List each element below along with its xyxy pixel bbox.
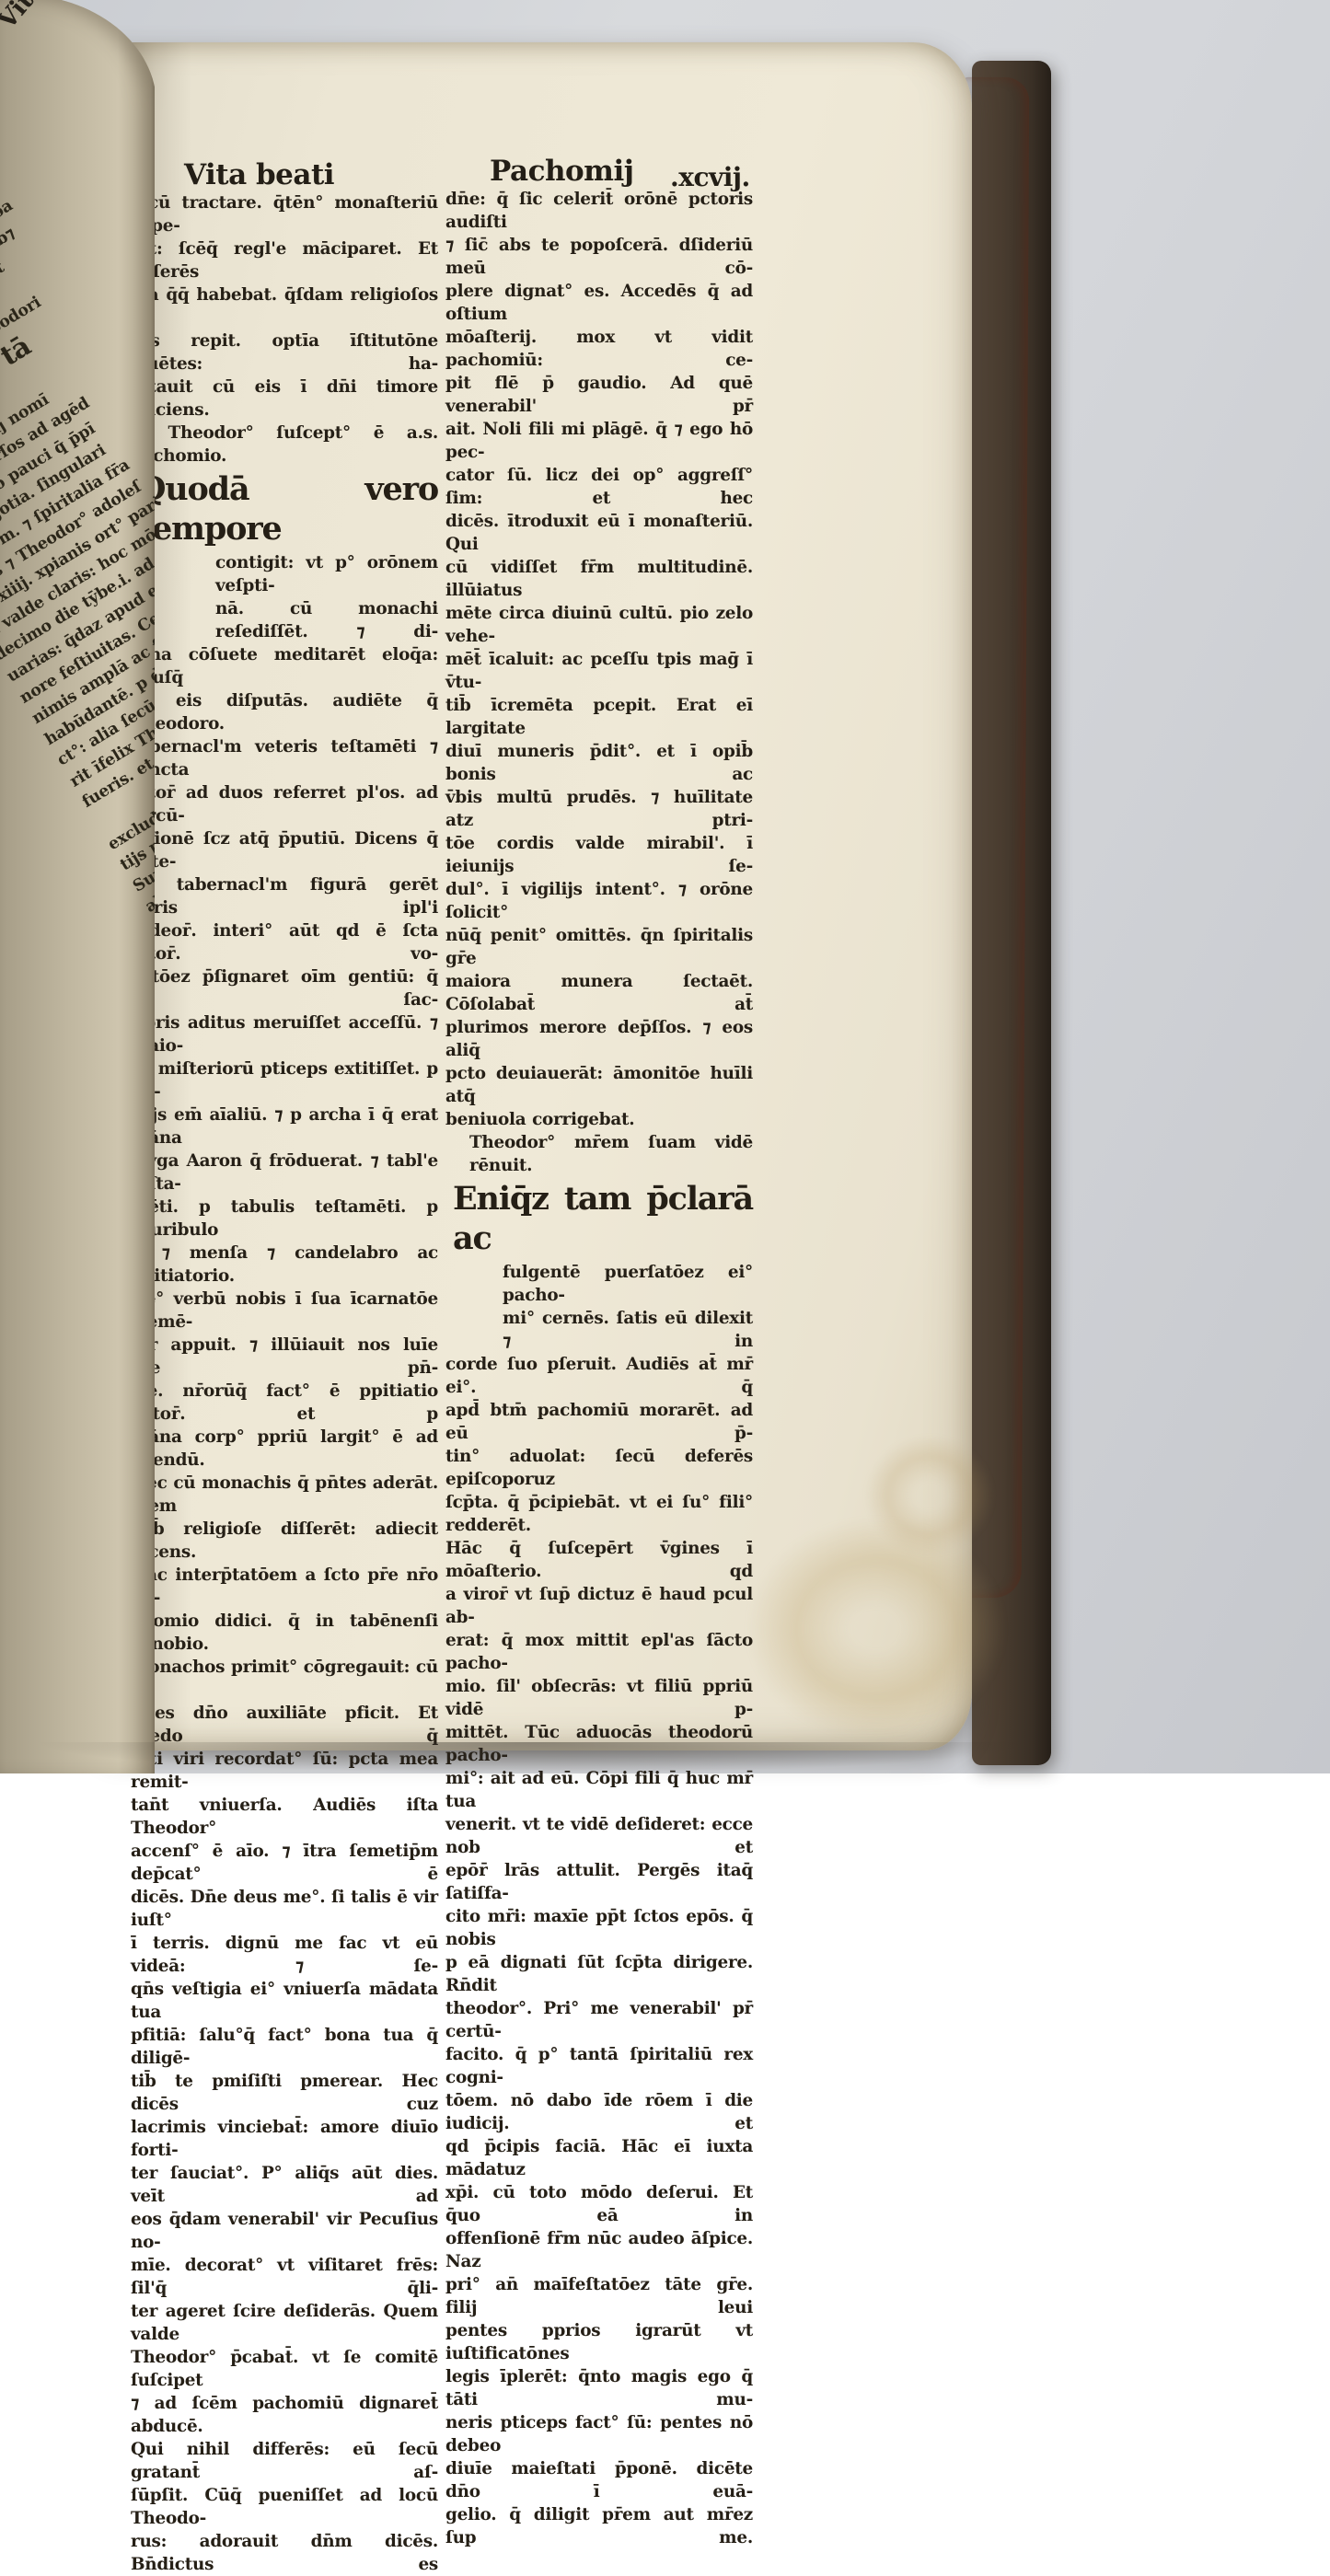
page-stain-large (747, 1519, 1005, 1739)
text-line: tēt: ſcēq̄ regl'e māciparet. Et deſerēs (131, 237, 438, 283)
text-line: oīa q̄q̄ habebat. q̄ſdam religioſos vi- (131, 283, 438, 329)
text-line: rū miſteriorū pticeps extitiſſet. p ho- (131, 1057, 438, 1103)
text-line: monachos primit° cōgregauit: cū q̄b̄ (131, 1656, 438, 1702)
text-line: fulgentē puerſatōez ei° pacho- (445, 1261, 753, 1307)
text-line: ait. Noli fili mi plāgē. q̄ ⁊ ego hō pec… (445, 418, 753, 464)
running-head-left: Vita beati (184, 158, 334, 191)
text-line: pcto deuiauerāt: āmonitōe huīli atq̄ (445, 1062, 753, 1108)
text-line: māna corp° ppriū largit° ē ad edendū. (131, 1426, 438, 1472)
text-line: dul°. ī vigilijs intent°. ⁊ orōne ſolici… (445, 878, 753, 924)
running-head-right: Pachomij (490, 155, 633, 188)
text-line: q̄ ⁊ menſa ⁊ candelabro ac ppitiatorio. (131, 1242, 438, 1288)
text-line: tabernacl'm veteris teſtamēti ⁊ ſancta (131, 735, 438, 781)
text-line: maiora munera ſectaēt. Cōſolabat̄ at̄ (445, 970, 753, 1016)
text-line: iudeor̄. interi° aūt qd ē ſcta ſctor̄. v… (131, 919, 438, 965)
text-line: mēte circa diuinū cultū. pio zelo vehe- (445, 602, 753, 648)
photo-background: Vita beati Pachomij .xcvij. ſecū tractar… (0, 0, 1330, 1773)
text-line: nūq̄ penit° omittēs. q̄n ſpiritalis gr̄e (445, 924, 753, 970)
text-line: Quodā vero tempore (131, 468, 438, 551)
text-line: dicēs. ītroduxit eū ī monaſteriū. Qui (445, 510, 753, 556)
text-line: tioris aditus meruiſſet acceſſū. ⁊ maio- (131, 1011, 438, 1057)
text-line: ſtijs em̄ aīaliū. ⁊ p archa ī q̄ erat mā… (131, 1103, 438, 1149)
text-line: pit flē p̄ gaudio. Ad quē venerabil' pr̄ (445, 372, 753, 418)
text-line: cū vidiſſet fr̄m multitudinē. illūiatus (445, 556, 753, 602)
text-line: nā. cū monachi reſediſſēt. ⁊ di- (131, 597, 438, 643)
text-line: ter appuit. ⁊ illūiauit nos luīe ſue pn̄… (131, 1334, 438, 1380)
text-line: contigit: vt p° orōnem veſpti- (131, 551, 438, 597)
text-line: dn̄e: q̄ ſic celerit̄ orōnē pctoris audi… (445, 188, 753, 234)
text-line: mi° cernēs. ſatis eū dilexit ⁊ in (445, 1307, 753, 1353)
text-line: plurimos merore dep̄ſſos. ⁊ eos aliq̄ (445, 1016, 753, 1062)
text-line: plere dignat° es. Accedēs q̄ ad oſtium (445, 280, 753, 326)
text-line: Q̄ Theodor° ſuſcept° ē a.s. pachomio. (131, 422, 438, 468)
text-line: frib̄ religioſe diſſerēt: adiecit dicens… (131, 1518, 438, 1564)
text-line: tin° aduolat: ſecū deferēs epiſcoporuz (445, 1445, 753, 1491)
text-line: v̄bis multū prudēs. ⁊ huīlitate atz ptri… (445, 786, 753, 832)
text-line: bitauit cū eis ī dn̄i timore pficiens. (131, 375, 438, 422)
text-line: apd̄ btm̄ pachomiū morarēt. ad eū p̄- (445, 1399, 753, 1445)
text-line: ſecū tractare. q̄tēn° monaſteriū expe- (131, 191, 438, 237)
text-line: ſctor̄ ad duos referret pl'os. ad circū- (131, 781, 438, 827)
previous-page-curl: Vitaspatrum cantātes. Tūc trāſeuntī mōar… (0, 0, 155, 1773)
text-line: Hāc q̄ ſuſcepērt v̄gines ī mōaſterio. qd (445, 1537, 753, 1583)
text-line: ⁊ v̄ga Aaron q̄ frōduerat. ⁊ tabl'e teſt… (131, 1149, 438, 1196)
text-line: cie. nr̄orūq̄ fact° ē ppitiatio pctor̄. … (131, 1380, 438, 1426)
text-line: uina cōſuete meditarēt eloq̄a: vnuſq̄ (131, 643, 438, 689)
text-column-left: ſecū tractare. q̄tēn° monaſteriū expe-tē… (131, 191, 438, 1773)
text-line: erat: q̄ mox mittit epl'as ſācto pacho- (445, 1629, 753, 1675)
text-column-right: dn̄e: q̄ ſic celerit̄ orōnē pctoris audi… (445, 188, 753, 1773)
text-line: Hāc interp̄tatōem a ſcto pr̄e nr̄o Pa- (131, 1564, 438, 1610)
text-line: a viror̄ vt ſup̄ dictuz ē haud pcul ab- (445, 1583, 753, 1629)
page-stain-small (865, 1436, 994, 1555)
text-line: ex eis diſputās. audiēte q̄ Theodoro. (131, 689, 438, 735)
text-line: beniuola corrigebat. (445, 1108, 753, 1131)
book-drop-shadow (37, 1742, 1031, 1773)
text-line: ciſionē ſcz atq̄ p̄putiū. Dicens q̄ exte… (131, 827, 438, 873)
text-line: chomio didici. q̄ in tabēnenſi cenobio. (131, 1610, 438, 1656)
text-line: Eniq̄z tam p̄clarā ac (445, 1177, 753, 1261)
text-line: mēt̄ īcaluit: ac pceſſu tpis maḡ ī v̄tu- (445, 648, 753, 694)
text-line: De° verbū nobis ī ſua īcarnatōe clemē- (131, 1288, 438, 1334)
text-line: ros repit. optīa īſtitutōne viuētes: ha- (131, 329, 438, 375)
text-line: tōe cordis valde mirabil'. ī ieiunijs ſe… (445, 832, 753, 878)
text-line: Hec cū monachis q̄ pn̄tes aderāt. idem (131, 1472, 438, 1518)
book-page: Vita beati Pachomij .xcvij. ſecū tractar… (88, 42, 972, 1750)
text-line: mio. ſil' obſecrās: vt filiū ppriū vidē … (445, 1675, 753, 1721)
text-line: corde ſuo pſeruit. Audiēs at̄ mr̄ ei°. q… (445, 1353, 753, 1399)
text-line: cator ſū. licz dei op° aggreſſ° ſim: et … (445, 464, 753, 510)
text-line: ri° tabernacl'm figurā gerēt poris ipl'i (131, 873, 438, 919)
text-line: tib̄ īcremēta pcepit. Erat eī largitate (445, 694, 753, 740)
text-line: mōaſterij. mox vt vidit pachomiū: ce- (445, 326, 753, 372)
text-line: ſcp̄ta. q̄ p̄cipiebāt. vt ei ſu° fili° r… (445, 1491, 753, 1537)
text-line: mēti. p tabulis teſtamēti. p thuribulo (131, 1196, 438, 1242)
text-line: diuī muneris p̄dit°. et ī opib̄ bonis ac (445, 740, 753, 786)
text-line: catōez p̄ſignaret oīm gentiū: q̄ ad ſac- (131, 965, 438, 1011)
text-line: Theodor° mr̄em ſuam vidē rēnuit. (445, 1131, 753, 1177)
text-line: ⁊ ſic̄ abs te popoſcerā. dſideriū meū cō… (445, 234, 753, 280)
text-line: idies dn̄o auxiliāte pficit. Et credo q̄ (131, 1702, 438, 1748)
